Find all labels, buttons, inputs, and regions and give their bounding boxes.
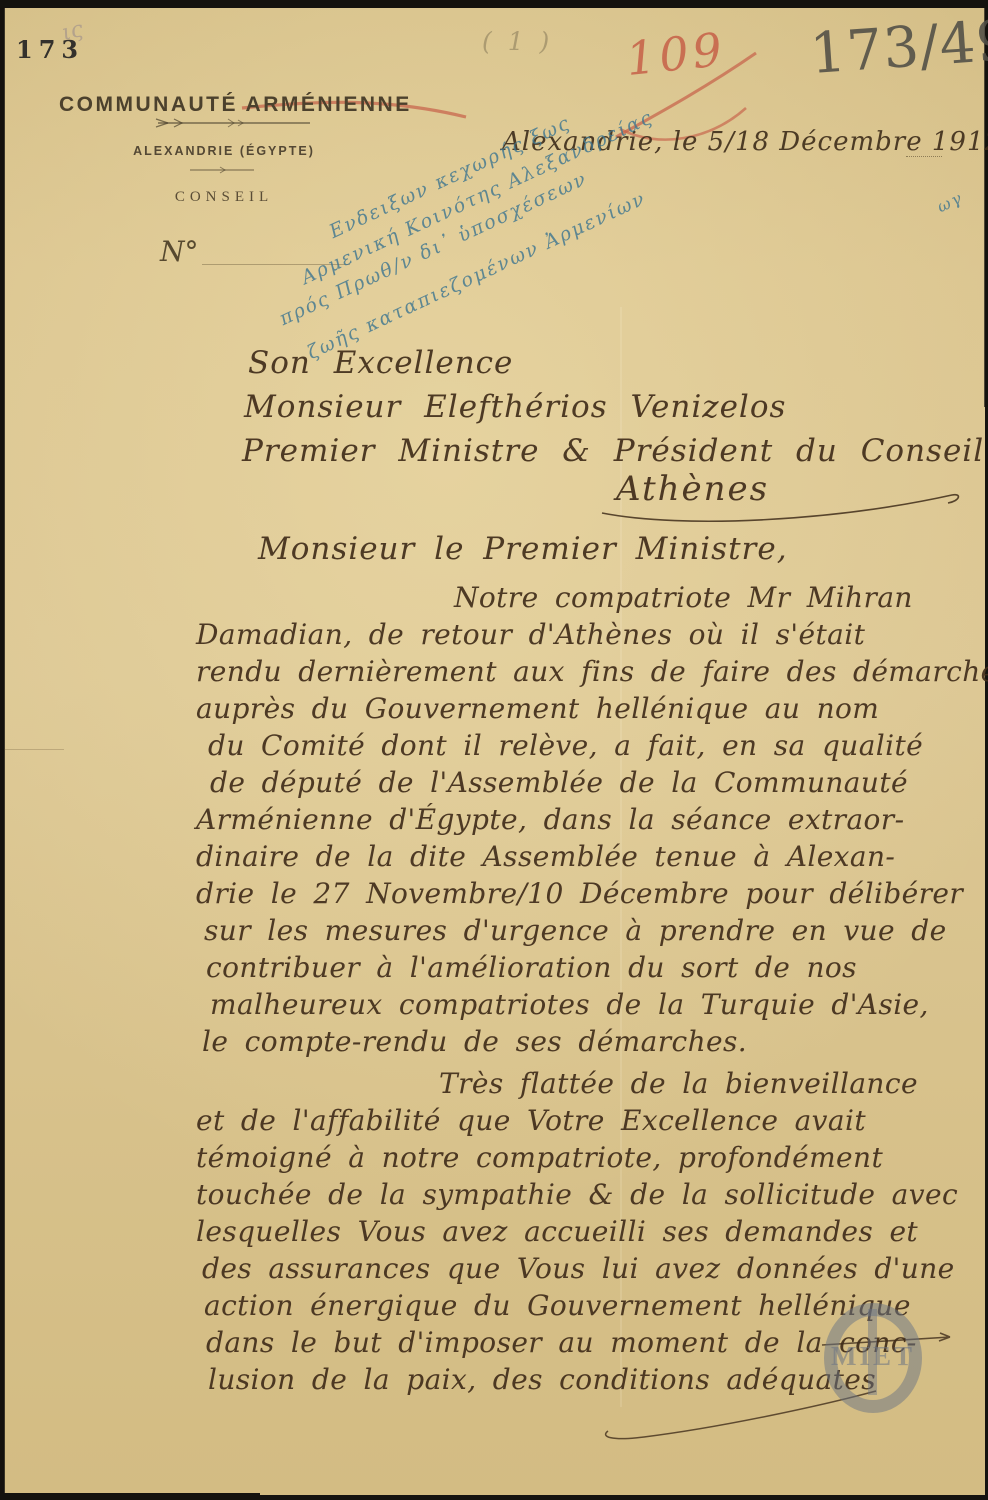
- letterhead-organization: COMMUNAUTÉ ARMÉNIENNE: [59, 93, 399, 117]
- body-line: lesquelles Vous avez accueilli ses deman…: [196, 1213, 958, 1250]
- letterhead-number-label: N°: [160, 235, 199, 268]
- body-line: Damadian, de retour d'Athènes où il s'ét…: [196, 616, 988, 653]
- body-line: dinaire de la dite Assemblée tenue à Ale…: [196, 838, 988, 875]
- scan-edge-left: [0, 7, 5, 1500]
- body-line: malheureux compatriotes de la Turquie d'…: [196, 986, 988, 1023]
- body-line: Très flattée de la bienveillance: [196, 1065, 958, 1102]
- recipient-line2: Monsieur Elefthérios Venizelos: [244, 389, 786, 425]
- miet-watermark: ΜΙΕΤ: [824, 1303, 922, 1401]
- body-line: Notre compatriote Mr Mihran: [196, 579, 988, 616]
- paper-fold-mark: [4, 749, 64, 750]
- body-line: le compte-rendu de ses démarches.: [196, 1023, 988, 1060]
- body-line: sur les mesures d'urgence à prendre en v…: [196, 912, 988, 949]
- body-line: rendu dernièrement aux fins de faire des…: [196, 653, 988, 690]
- paper-sheet: 173 ις ( 1 ) 109 173/49 COMMUNAUTÉ ARMÉN…: [4, 7, 985, 1495]
- salutation: Monsieur le Premier Ministre,: [258, 531, 788, 567]
- body-line: de député de l'Assemblée de la Communaut…: [196, 764, 988, 801]
- date-ruling-dots: [906, 156, 942, 157]
- city-underline-flourish: [4, 477, 984, 537]
- watermark-letters: ΜΙΕΤ: [810, 1341, 936, 1372]
- letterhead-ornament-rule: [190, 165, 254, 175]
- body-line: témoigné à notre compatriote, profondéme…: [196, 1139, 958, 1176]
- letterhead-conseil: CONSEIL: [124, 189, 324, 206]
- recipient-line1: Son Excellence: [248, 345, 513, 381]
- body-line: touchée de la sympathie & de la sollicit…: [196, 1176, 958, 1213]
- body-line: auprès du Gouvernement hellénique au nom: [196, 690, 988, 727]
- body-line: Arménienne d'Égypte, dans la séance extr…: [196, 801, 988, 838]
- body-line: des assurances que Vous lui avez données…: [196, 1250, 958, 1287]
- scan-edge-bottom: [0, 1493, 260, 1500]
- body-line: drie le 27 Novembre/10 Décembre pour dél…: [196, 875, 988, 912]
- body-paragraph-1: Notre compatriote Mr Mihran Damadian, de…: [196, 579, 988, 1060]
- body-line: contribuer à l'amélioration du sort de n…: [196, 949, 988, 986]
- body-line: du Comité dont il relève, a fait, en sa …: [196, 727, 988, 764]
- scanned-letter-page: 173 ις ( 1 ) 109 173/49 COMMUNAUTÉ ARMÉN…: [0, 0, 988, 1500]
- body-line: et de l'affabilité que Votre Excellence …: [196, 1102, 958, 1139]
- letterhead-city: ALEXANDRIE (ÉGYPTE): [74, 144, 374, 158]
- recipient-line3: Premier Ministre & Président du Conseil: [242, 433, 984, 469]
- letterhead-ornament-arrow: [154, 115, 314, 131]
